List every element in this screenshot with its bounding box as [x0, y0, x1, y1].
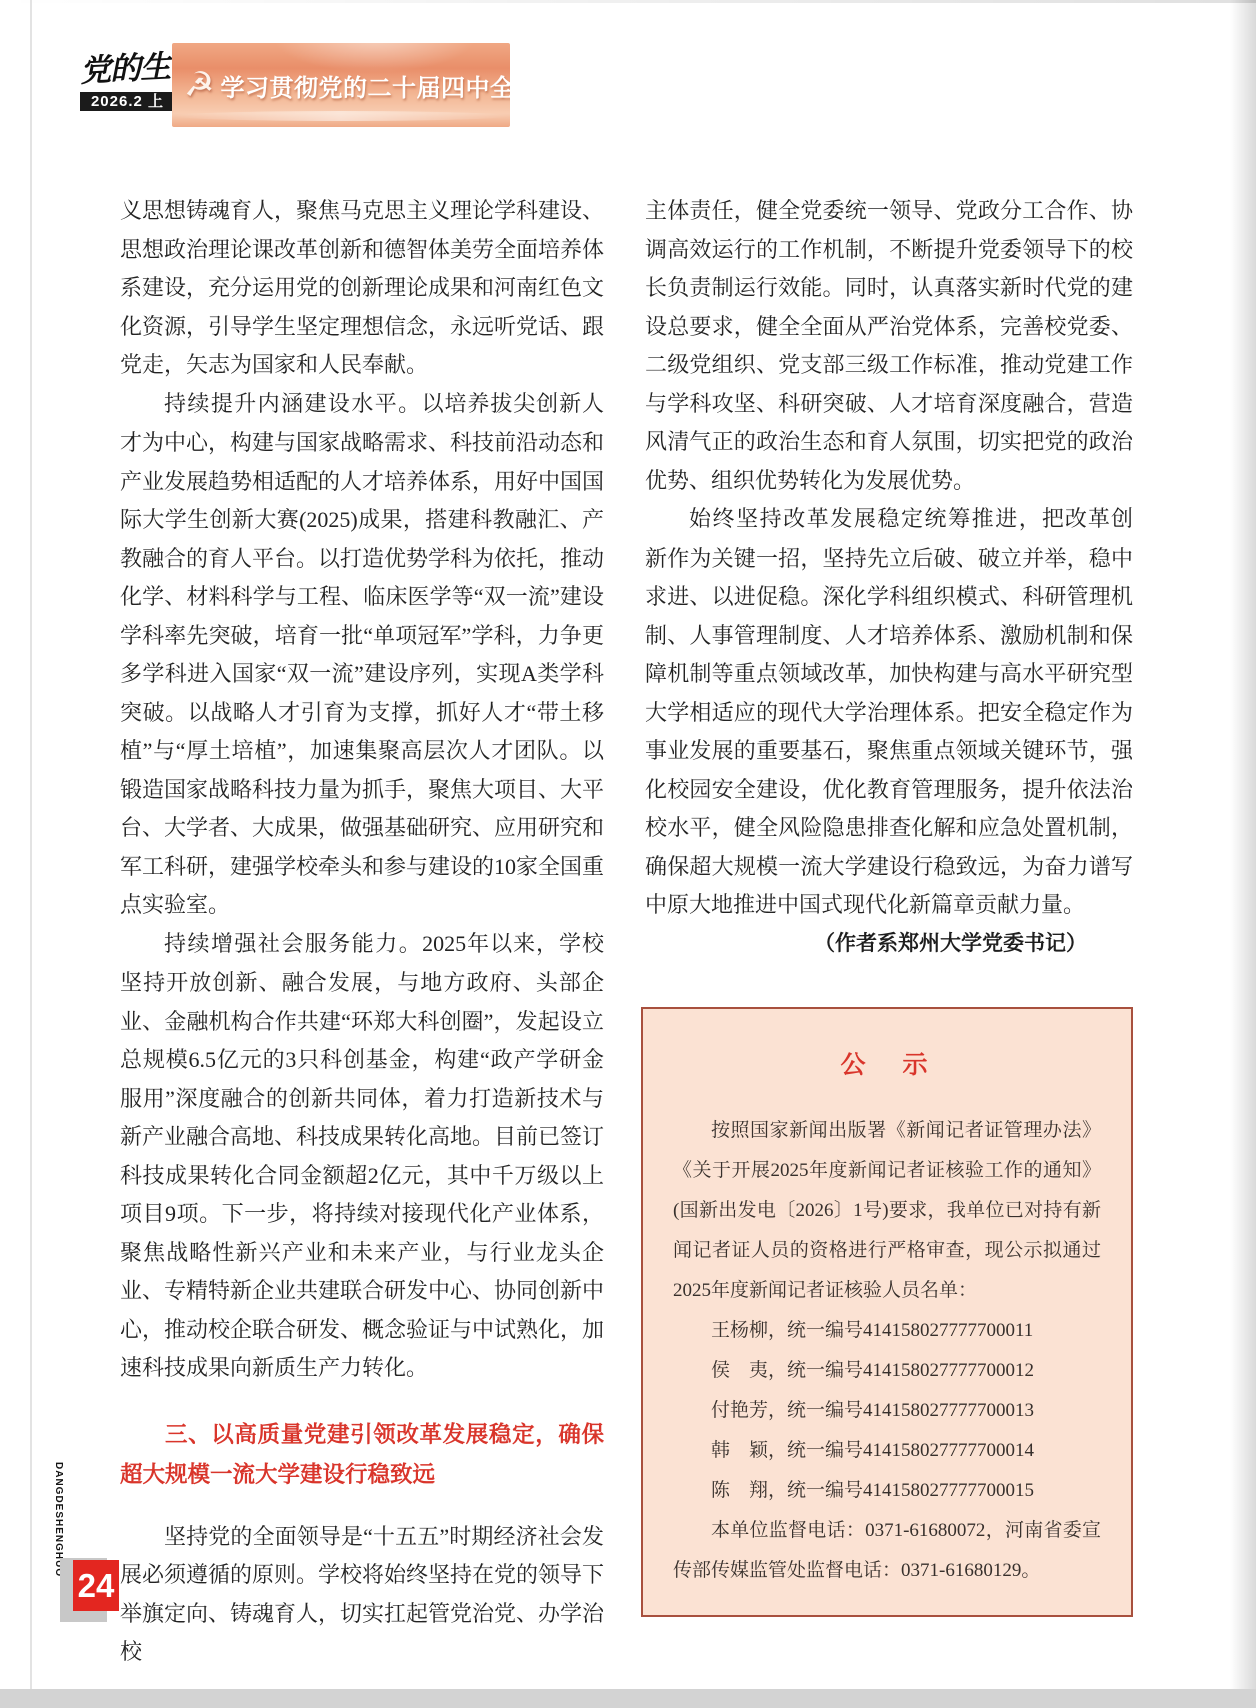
- article-left-column: 义思想铸魂育人，聚焦马克思主义理论学科建设、思想政治理论课改革创新和德智体美劳全…: [120, 192, 604, 1672]
- notice-intro: 按照国家新闻出版署《新闻记者证管理办法》《关于开展2025年度新闻记者证核验工作…: [673, 1111, 1101, 1311]
- list-item: 王杨柳，统一编号414158027777700011: [673, 1311, 1101, 1351]
- paragraph-lead: 持续增强社会服务能力。: [164, 932, 422, 957]
- paragraph-text: 以培养拔尖创新人才为中心，构建与国家战略需求、科技前沿动态和产业发展趋势相适配的…: [120, 391, 604, 918]
- notice-title: 公 示: [673, 1045, 1101, 1085]
- paragraph: 持续提升内涵建设水平。以培养拔尖创新人才为中心，构建与国家战略需求、科技前沿动态…: [120, 385, 604, 925]
- magazine-logo: 党的生活 2026.2 上: [80, 52, 175, 111]
- theme-banner: ☭ 学习贯彻党的二十届四中全会精神: [172, 43, 510, 127]
- banner-title: 学习贯彻党的二十届四中全会精神: [220, 68, 510, 103]
- person-number: ，统一编号414158027777700012: [768, 1360, 1034, 1381]
- issue-label: 2026.2 上: [80, 92, 175, 111]
- page-number-badge: 24: [73, 1560, 119, 1611]
- public-notice-box: 公 示 按照国家新闻出版署《新闻记者证管理办法》《关于开展2025年度新闻记者证…: [641, 1007, 1133, 1617]
- section-heading: 三、以高质量党建引领改革发展稳定，确保超大规模一流大学建设行稳致远: [120, 1415, 604, 1495]
- paragraph-lead: 持续提升内涵建设水平。: [164, 392, 422, 417]
- paragraph: 持续增强社会服务能力。2025年以来，学校坚持开放创新、融合发展，与地方政府、头…: [120, 925, 604, 1388]
- paragraph: 主体责任，健全党委统一领导、党政分工合作、协调高效运行的工作机制，不断提升党委领…: [645, 192, 1133, 500]
- person-number: ，统一编号414158027777700013: [768, 1400, 1034, 1421]
- paragraph: 始终坚持改革发展稳定统筹推进，把改革创新作为关键一招，坚持先立后破、破立并举，稳…: [645, 500, 1133, 925]
- article-right-column: 主体责任，健全党委统一领导、党政分工合作、协调高效运行的工作机制，不断提升党委领…: [645, 192, 1133, 1617]
- magazine-title: 党的生活: [79, 50, 176, 89]
- person-number: ，统一编号414158027777700015: [768, 1480, 1034, 1501]
- paragraph: 义思想铸魂育人，聚焦马克思主义理论学科建设、思想政治理论课改革创新和德智体美劳全…: [120, 192, 604, 385]
- person-name: 王杨柳: [711, 1320, 768, 1341]
- page-right-edge: [1230, 0, 1256, 1708]
- list-item: 陈 翔，统一编号414158027777700015: [673, 1471, 1101, 1511]
- page-bottom-bar: [0, 1689, 1256, 1708]
- author-attribution: （作者系郑州大学党委书记）: [645, 925, 1133, 964]
- notice-footer: 本单位监督电话：0371-61680072，河南省委宣传部传媒监管处监督电话：0…: [673, 1511, 1101, 1591]
- person-number: ，统一编号414158027777700014: [768, 1440, 1034, 1461]
- person-name: 韩 颖: [711, 1440, 768, 1461]
- person-number: ，统一编号414158027777700011: [768, 1320, 1033, 1341]
- party-emblem-icon: ☭: [184, 65, 214, 105]
- person-name: 侯 夷: [711, 1360, 768, 1381]
- page-top-edge: [0, 0, 1256, 3]
- paragraph-text: ，把改革创新作为关键一招，坚持先立后破、破立并举，稳中求进、以进促稳。深化学科组…: [645, 506, 1133, 917]
- paragraph-lead: 始终坚持改革发展稳定统筹推进: [689, 507, 1019, 532]
- person-name: 付艳芳: [711, 1400, 768, 1421]
- list-item: 韩 颖，统一编号414158027777700014: [673, 1431, 1101, 1471]
- list-item: 付艳芳，统一编号414158027777700013: [673, 1391, 1101, 1431]
- paragraph: 坚持党的全面领导是“十五五”时期经济社会发展必须遵循的原则。学校将始终坚持在党的…: [120, 1518, 604, 1672]
- person-name: 陈 翔: [711, 1480, 768, 1501]
- list-item: 侯 夷，统一编号414158027777700012: [673, 1351, 1101, 1391]
- page-left-edge: [30, 0, 32, 1689]
- paragraph-text: 2025年以来，学校坚持开放创新、融合发展，与地方政府、头部企业、金融机构合作共…: [120, 931, 604, 1381]
